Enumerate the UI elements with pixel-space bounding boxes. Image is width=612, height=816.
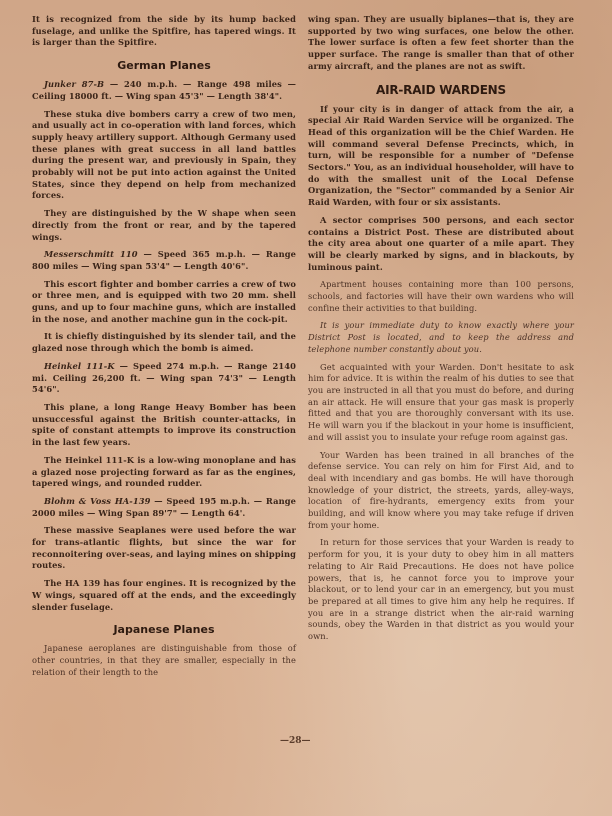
blohm-voss-paragraph-2: The HA 139 has four engines. It is recog…: [32, 578, 296, 613]
junker-name: Junker 87-B: [44, 79, 104, 89]
page-number: —28—: [280, 736, 311, 746]
wardens-paragraph-3: Apartment houses containing more than 10…: [308, 279, 574, 314]
messerschmitt-paragraph-1: This escort fighter and bomber carries a…: [32, 279, 296, 326]
wardens-paragraph-1: If your city is in danger of attack from…: [308, 104, 574, 209]
blohm-voss-paragraph-1: These massive Seaplanes were used before…: [32, 525, 296, 572]
messerschmitt-spec: Messerschmitt 110 — Speed 365 m.p.h. — R…: [32, 249, 296, 272]
blohm-voss-spec: Blohm & Voss HA-139 — Speed 195 m.p.h. —…: [32, 496, 296, 519]
messerschmitt-paragraph-2: It is chiefly distinguished by its slend…: [32, 331, 296, 354]
junker-paragraph-2: They are distinguished by the W shape wh…: [32, 208, 296, 243]
heinkel-paragraph-1: This plane, a long Range Heavy Bomber ha…: [32, 402, 296, 449]
left-column: It is recognized from the side by its hu…: [32, 14, 296, 684]
right-column: wing span. They are usually biplanes—tha…: [308, 14, 574, 649]
wardens-paragraph-2: A sector comprises 500 persons, and each…: [308, 215, 574, 274]
wardens-paragraph-4: It is your immediate duty to know exactl…: [308, 320, 574, 355]
heinkel-name: Heinkel 111-K: [44, 361, 115, 371]
heinkel-spec: Heinkel 111-K — Speed 274 m.p.h. — Range…: [32, 361, 296, 396]
wardens-paragraph-5: Get acquainted with your Warden. Don't h…: [308, 362, 574, 444]
continued-paragraph: wing span. They are usually biplanes—tha…: [308, 14, 574, 73]
document-page: It is recognized from the side by its hu…: [0, 0, 612, 816]
blohm-voss-name: Blohm & Voss HA-139: [44, 496, 150, 506]
junker-spec: Junker 87-B — 240 m.p.h. — Range 498 mil…: [32, 79, 296, 102]
air-raid-wardens-heading: AIR-RAID WARDENS: [308, 83, 574, 97]
heinkel-paragraph-2: The Heinkel 111-K is a low-wing monoplan…: [32, 455, 296, 490]
intro-paragraph: It is recognized from the side by its hu…: [32, 14, 296, 49]
wardens-paragraph-6: Your Warden has been trained in all bran…: [308, 450, 574, 532]
german-planes-heading: German Planes: [32, 59, 296, 72]
wardens-paragraph-7: In return for those services that your W…: [308, 537, 574, 642]
junker-paragraph-1: These stuka dive bombers carry a crew of…: [32, 109, 296, 203]
japanese-planes-heading: Japanese Planes: [32, 623, 296, 636]
messerschmitt-name: Messerschmitt 110: [44, 249, 138, 259]
japanese-paragraph-1: Japanese aeroplanes are distinguishable …: [32, 643, 296, 678]
